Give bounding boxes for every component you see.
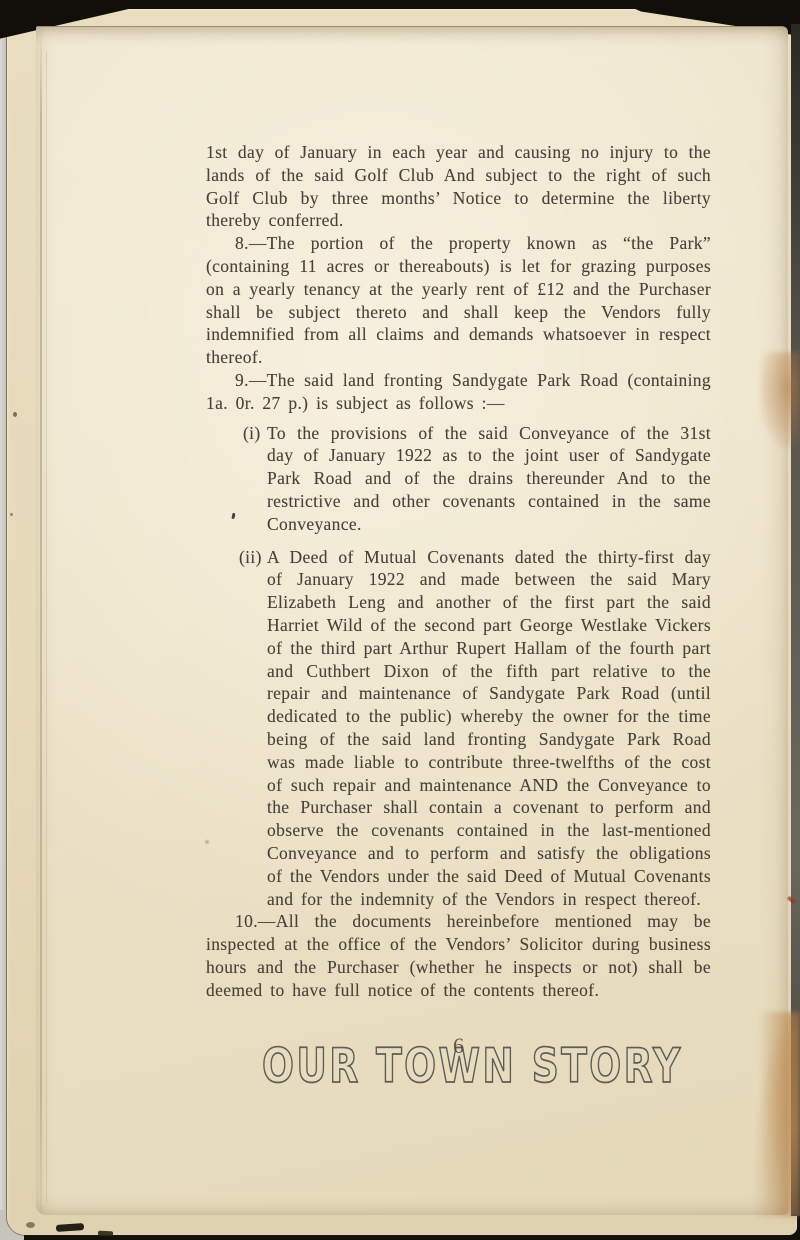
page-crease-line-faint — [46, 51, 47, 1203]
page-crease-line — [40, 27, 42, 1215]
clause-item-ii-text: A Deed of Mutual Covenants dated the thi… — [267, 546, 711, 911]
clause-item-ii-label: (ii) — [239, 546, 262, 569]
document-text-block: 1st day of January in each year and caus… — [206, 141, 711, 1001]
document-page: 1st day of January in each year and caus… — [36, 26, 788, 1215]
cover-bottom-mark — [26, 1222, 35, 1228]
foxing-stain-right-middle — [760, 352, 800, 448]
clause-item-ii: (ii) A Deed of Mutual Covenants dated th… — [206, 546, 711, 911]
cover-bottom-mark — [98, 1231, 113, 1237]
paragraph-clause8: 8.—The portion of the property known as … — [206, 232, 711, 369]
page-edge-speck — [10, 513, 13, 516]
scanned-document-photo: 1st day of January in each year and caus… — [0, 0, 800, 1240]
watermark-text: OUR TOWN STORY — [262, 1039, 683, 1094]
clause-item-i-text: To the provisions of the said Conveyance… — [267, 422, 711, 536]
clause-item-i-label: (i) — [243, 422, 261, 445]
paragraph-clause9-intro: 9.—The said land fronting Sandygate Park… — [206, 369, 711, 415]
clause-item-i: (i) To the provisions of the said Convey… — [206, 422, 711, 536]
page-edge-speck — [13, 412, 17, 417]
paper-smudge — [204, 839, 210, 845]
paragraph-clause7-continuation: 1st day of January in each year and caus… — [206, 141, 711, 232]
paragraph-clause10: 10.—All the documents hereinbefore menti… — [206, 910, 711, 1001]
foxing-stain-right-bottom — [752, 1012, 800, 1217]
